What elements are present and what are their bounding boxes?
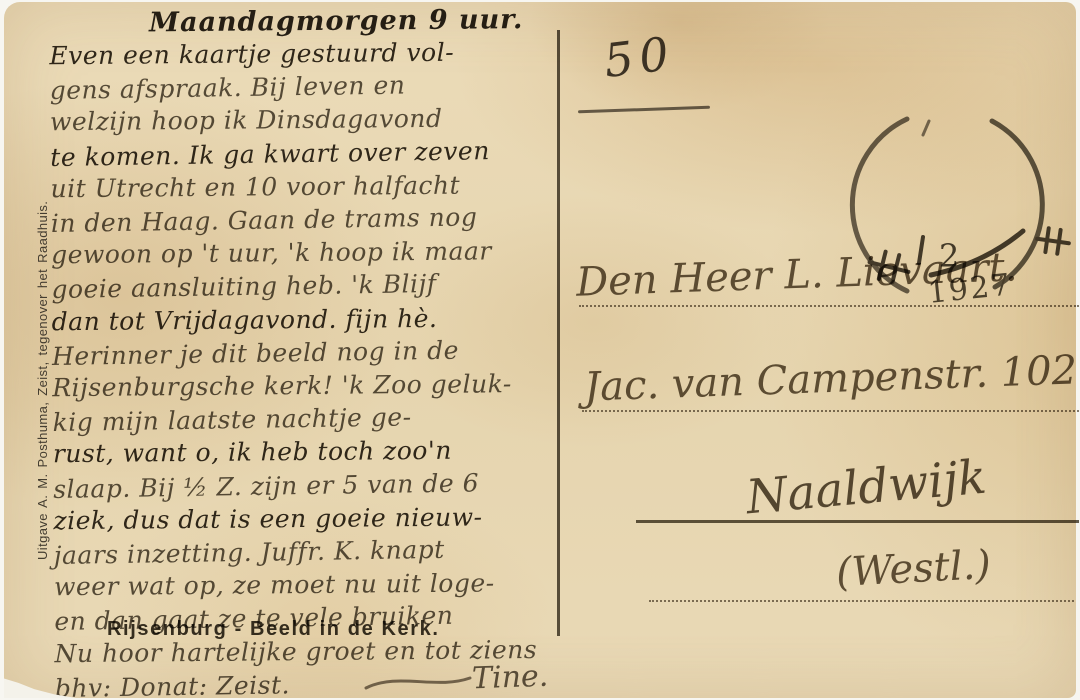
printed-caption: Rijsenburg - Beeld in de Kerk. bbox=[107, 618, 440, 641]
address-rule-1 bbox=[579, 305, 1079, 307]
message-heading: Maandagmorgen 9 uur. bbox=[149, 4, 561, 39]
pencil-price: 50 bbox=[601, 26, 678, 88]
address-rule-3 bbox=[636, 520, 1079, 523]
postcard-back: Uitgave A. M. Posthuma, Zeist, tegenover… bbox=[4, 2, 1076, 698]
signature: Tine. bbox=[471, 659, 548, 697]
publisher-imprint: Uitgave A. M. Posthuma, Zeist, tegenover… bbox=[35, 86, 50, 560]
signature-flourish bbox=[364, 664, 474, 698]
address-line-4: (Westl.) bbox=[835, 542, 992, 596]
address-line-2: Jac. van Campenstr. 102 bbox=[583, 347, 1077, 410]
message-block: Maandagmorgen 9 uur. Even een kaartje ge… bbox=[49, 4, 567, 700]
address-line-3: Naaldwijk bbox=[744, 450, 988, 526]
address-rule-2 bbox=[582, 410, 1079, 412]
address-rule-4 bbox=[649, 600, 1074, 602]
pencil-underline bbox=[578, 106, 710, 114]
